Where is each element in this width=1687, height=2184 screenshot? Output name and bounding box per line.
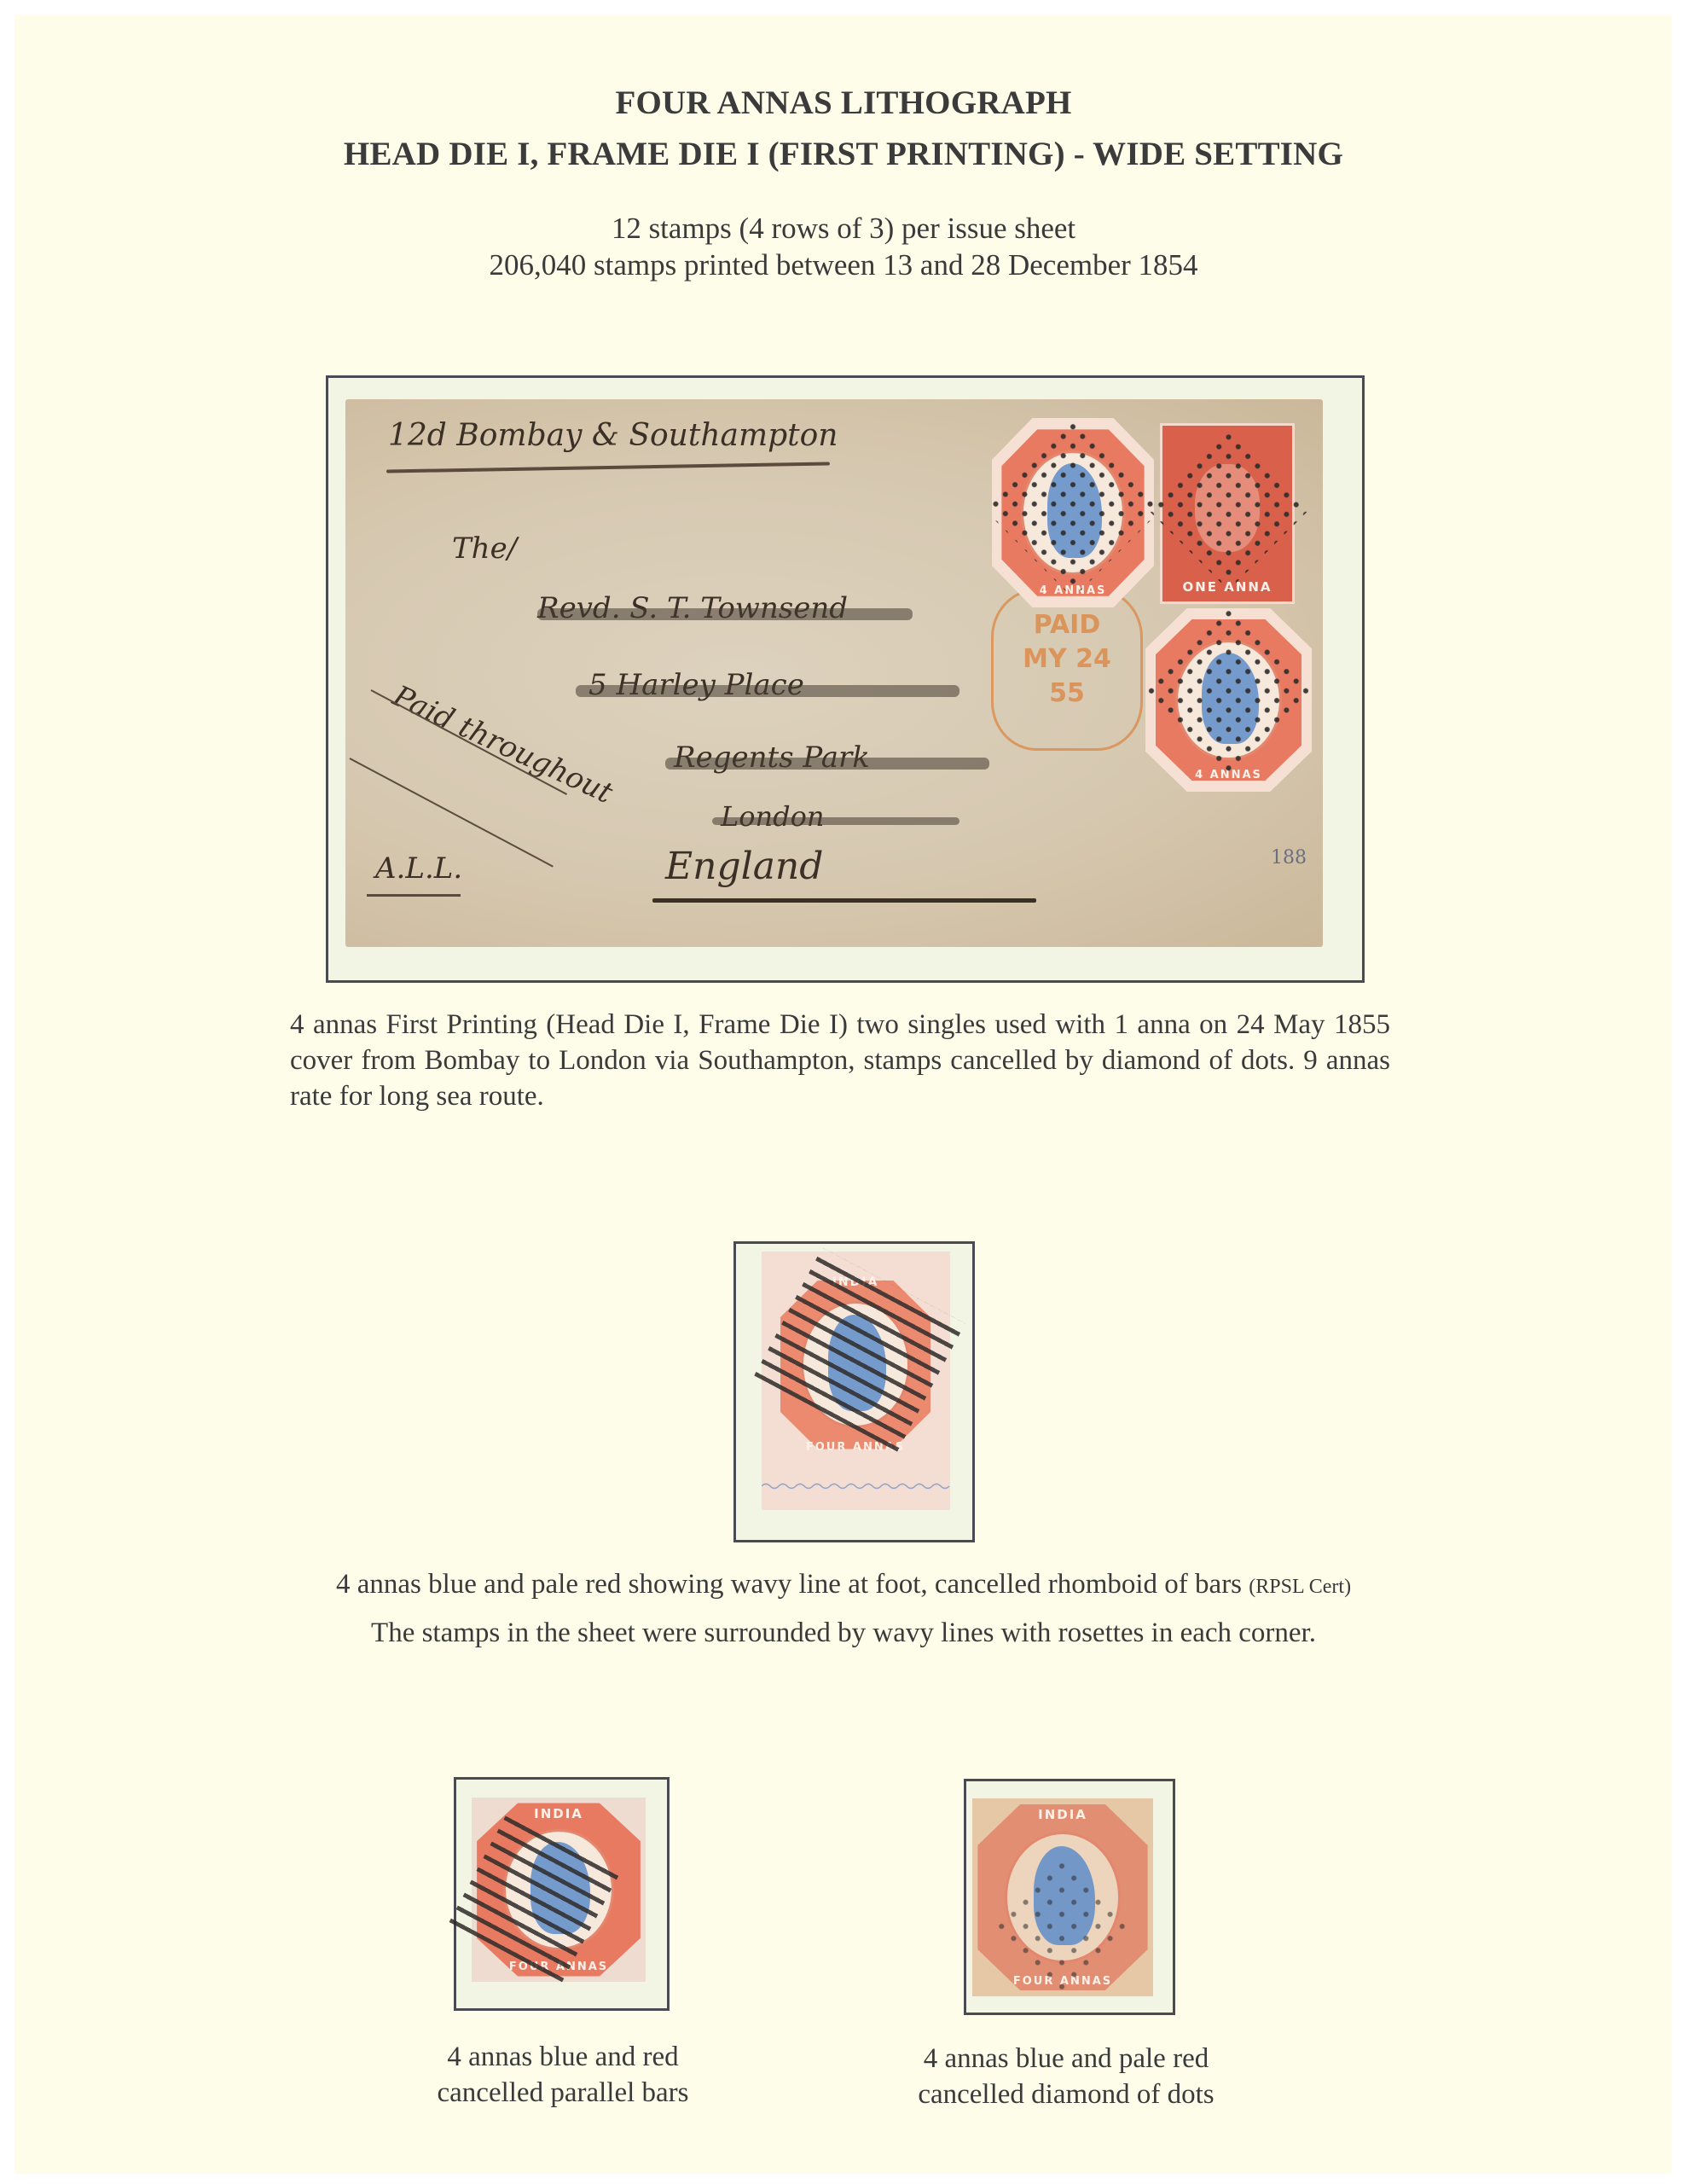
strikethrough [537, 608, 913, 620]
country-underline [652, 898, 1036, 903]
bottom-right-caption: 4 annas blue and pale red cancelled diam… [861, 2041, 1271, 2112]
caption-line: 4 annas blue and pale red [861, 2041, 1271, 2077]
caption-line: cancelled diamond of dots [861, 2077, 1271, 2112]
addressee-country: England [665, 845, 823, 888]
page-subtitle-setting: HEAD DIE I, FRAME DIE I (FIRST PRINTING)… [0, 135, 1687, 173]
cover-caption: 4 annas First Printing (Head Die I, Fram… [290, 1007, 1390, 1114]
stamp-value-label: FOUR ANNAS [770, 1441, 941, 1454]
initials-underline [367, 894, 461, 897]
parallel-bars-stamp: INDIA FOUR ANNAS [472, 1798, 646, 1982]
four-annas-stamp-1: 4 ANNAS [992, 418, 1154, 607]
strikethrough [712, 817, 959, 825]
four-annas-stamp-2: 4 ANNAS [1145, 608, 1312, 792]
cover-envelope: 12d Bombay & Southampton The/ Revd. S. T… [345, 399, 1323, 947]
diamond-dots-stamp: INDIA FOUR ANNAS [972, 1798, 1153, 1996]
wavy-line-margin [762, 1482, 950, 1490]
page-title: FOUR ANNAS LITHOGRAPH [0, 84, 1687, 122]
caption-line: cancelled parallel bars [358, 2075, 768, 2111]
certificate-note: (RPSL Cert) [1249, 1576, 1351, 1598]
stamp-country-label: INDIA [472, 1806, 646, 1821]
initials: A.L.L. [375, 851, 462, 886]
postmark-year-text: 55 [994, 677, 1140, 711]
wavy-caption-text: 4 annas blue and pale red showing wavy l… [336, 1569, 1242, 1600]
pencil-number: 188 [1271, 847, 1307, 868]
strikethrough [665, 758, 989, 770]
route-handwriting: 12d Bombay & Southampton [388, 418, 838, 453]
stamp-country-label: INDIA [972, 1807, 1153, 1822]
wavy-line-stamp: INDIA FOUR ANNAS [762, 1252, 950, 1510]
paid-note: Paid throughout [388, 679, 618, 810]
route-underline [386, 462, 830, 473]
postmark-date-text: MY 24 [994, 642, 1140, 677]
sheet-note: The stamps in the sheet were surrounded … [0, 1615, 1687, 1651]
caption-line: 4 annas blue and red [358, 2039, 768, 2075]
wavy-stamp-caption: 4 annas blue and pale red showing wavy l… [0, 1566, 1687, 1605]
printing-info: 206,040 stamps printed between 13 and 28… [0, 247, 1687, 284]
bottom-left-caption: 4 annas blue and red cancelled parallel … [358, 2039, 768, 2111]
diamond-dots-cancel [983, 417, 1163, 598]
strikethrough [576, 685, 959, 697]
postmark-paid-text: PAID [994, 608, 1140, 642]
addressee-city: London [721, 800, 824, 833]
sheet-info: 12 stamps (4 rows of 3) per issue sheet [0, 210, 1687, 247]
paid-postmark: PAID MY 24 55 [991, 589, 1143, 751]
addressee-the: The/ [452, 531, 517, 566]
one-anna-stamp: ONE ANNA [1160, 423, 1295, 604]
diamond-dots-cancel [1147, 427, 1310, 590]
